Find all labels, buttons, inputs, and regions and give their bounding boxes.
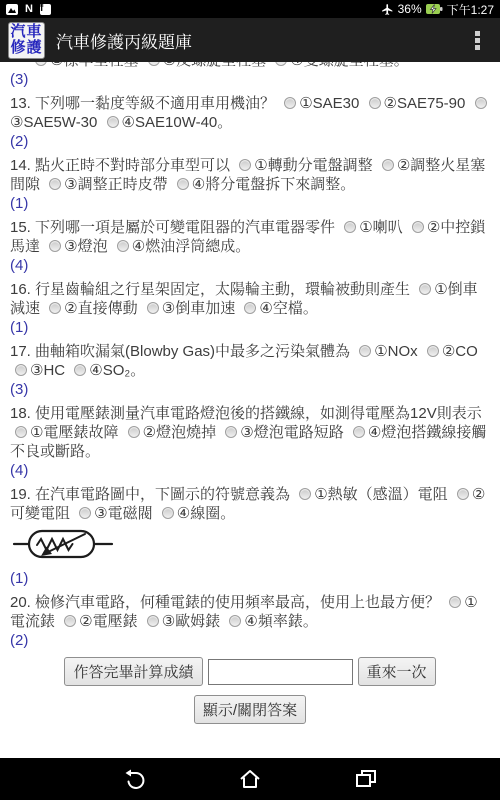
option-label: ①NOx <box>374 343 422 360</box>
score-input[interactable] <box>208 659 353 685</box>
question-text: 16. 行星齒輪組之行星架固定，太陽輪主動，環輪被動則產生 ①倒車減速 ②直接傳… <box>10 280 490 318</box>
question-list: ②標準型柱基 ③反螺旋型柱基 ④雙螺旋型柱基。 (3)13. 下列哪一黏度等級不… <box>10 62 490 650</box>
radio-button[interactable] <box>147 302 159 314</box>
option-label: ④將分電盤拆下來調整。 <box>192 176 355 193</box>
android-screen: N f 36% 下午1:27 汽車 修護 汽車修護丙級題庫 ②標準型柱基 ③反螺… <box>0 0 500 800</box>
answer-text: (2) <box>10 132 490 151</box>
battery-charging-icon <box>426 3 443 15</box>
app-icon-text-line2: 修護 <box>10 40 42 56</box>
question-stem: 16. 行星齒輪組之行星架固定，太陽輪主動，環輪被動則產生 <box>10 281 414 298</box>
option-label: ③電磁閥 <box>94 505 157 522</box>
question-block: 14. 點火正時不對時部分車型可以 ①轉動分電盤調整 ②調整火星塞間隙 ③調整正… <box>10 156 490 213</box>
question-stem: 18. 使用電壓錶測量汽車電路燈泡後的搭鐵線，如測得電壓為12V則表示 <box>10 405 482 422</box>
radio-button[interactable] <box>239 159 251 171</box>
radio-button[interactable] <box>64 615 76 627</box>
option-label: ③調整正時皮帶 <box>64 176 172 193</box>
option-label: ①電壓錶故障 <box>30 424 123 441</box>
radio-button[interactable] <box>147 615 159 627</box>
question-text: ②標準型柱基 ③反螺旋型柱基 ④雙螺旋型柱基。 <box>10 62 490 70</box>
radio-button[interactable] <box>117 240 129 252</box>
radio-button[interactable] <box>162 507 174 519</box>
option-label: ②SAE75-90 <box>384 95 470 112</box>
option-label: ④雙螺旋型柱基。 <box>290 62 408 69</box>
radio-button[interactable] <box>229 615 241 627</box>
airplane-mode-icon <box>381 3 394 16</box>
clock: 下午1:27 <box>447 1 494 18</box>
radio-button[interactable] <box>74 364 86 376</box>
radio-button[interactable] <box>353 426 365 438</box>
option-label: ②CO <box>442 343 478 360</box>
question-text: 20. 檢修汽車電路，何種電錶的使用頻率最高，使用上也最方便？ ①電流錶 ②電壓… <box>10 593 490 631</box>
radio-button[interactable] <box>177 178 189 190</box>
question-stem: 15. 下列哪一項是屬於可變電阻器的汽車電器零件 <box>10 219 339 236</box>
option-label: ③反螺旋型柱基 <box>163 62 271 69</box>
option-label: ④燃油浮筒總成。 <box>132 238 250 255</box>
radio-button[interactable] <box>225 426 237 438</box>
radio-button[interactable] <box>412 221 424 233</box>
question-block: 16. 行星齒輪組之行星架固定，太陽輪主動，環輪被動則產生 ①倒車減速 ②直接傳… <box>10 280 490 337</box>
app-icon-text-line1: 汽車 <box>10 24 42 40</box>
option-label: ①喇叭 <box>359 219 407 236</box>
answer-text: (1) <box>10 318 490 337</box>
radio-button[interactable] <box>49 302 61 314</box>
option-label: ①熱敏（感溫）電阻 <box>314 486 452 503</box>
status-bar: N f 36% 下午1:27 <box>0 0 500 18</box>
option-label: ②電壓錶 <box>79 613 142 630</box>
radio-button[interactable] <box>359 345 371 357</box>
radio-button[interactable] <box>107 116 119 128</box>
option-label: ②標準型柱基 <box>50 62 143 69</box>
answer-text: (1) <box>10 569 490 588</box>
option-label: ③HC <box>30 362 69 379</box>
answer-text: (3) <box>10 70 490 89</box>
thermistor-symbol-image <box>12 525 490 568</box>
answer-text: (4) <box>10 256 490 275</box>
home-icon[interactable] <box>228 761 272 797</box>
calc-score-button[interactable]: 作答完畢計算成績 <box>64 657 202 686</box>
option-label: ①SAE30 <box>299 95 363 112</box>
radio-button[interactable] <box>79 507 91 519</box>
question-stem: 17. 曲軸箱吹漏氣(Blowby Gas)中最多之污染氣體為 <box>10 343 354 360</box>
back-icon[interactable] <box>112 761 156 797</box>
quiz-content: ②標準型柱基 ③反螺旋型柱基 ④雙螺旋型柱基。 (3)13. 下列哪一黏度等級不… <box>0 62 500 758</box>
radio-button[interactable] <box>128 426 140 438</box>
radio-button[interactable] <box>275 62 287 66</box>
answer-text: (4) <box>10 461 490 480</box>
question-block: 15. 下列哪一項是屬於可變電阻器的汽車電器零件 ①喇叭 ②中控鎖馬達 ③燈泡 … <box>10 218 490 275</box>
radio-button[interactable] <box>475 97 487 109</box>
option-label: ④線圈。 <box>177 505 235 522</box>
question-block: 17. 曲軸箱吹漏氣(Blowby Gas)中最多之污染氣體為 ①NOx ②CO… <box>10 342 490 399</box>
app-title: 汽車修護丙級題庫 <box>56 28 192 53</box>
overflow-menu-icon[interactable] <box>462 18 492 62</box>
answer-text: (3) <box>10 380 490 399</box>
radio-button[interactable] <box>449 596 461 608</box>
retry-button[interactable]: 重來一次 <box>358 657 436 686</box>
recent-apps-icon[interactable] <box>344 761 388 797</box>
radio-button[interactable] <box>382 159 394 171</box>
option-label: ④頻率錶。 <box>244 613 317 630</box>
option-label: ③燈泡 <box>64 238 112 255</box>
option-label: ④SAE10W-40。 <box>122 114 233 131</box>
option-label: ①轉動分電盤調整 <box>254 157 377 174</box>
question-stem: 13. 下列哪一黏度等級不適用車用機油？ <box>10 95 279 112</box>
question-text: 13. 下列哪一黏度等級不適用車用機油？ ①SAE30 ②SAE75-90 ③S… <box>10 94 490 132</box>
radio-button[interactable] <box>284 97 296 109</box>
app-icon: 汽車 修護 <box>8 22 45 59</box>
option-label: ③燈泡電路短路 <box>240 424 348 441</box>
answer-text: (1) <box>10 194 490 213</box>
radio-button[interactable] <box>369 97 381 109</box>
option-label: ④SO₂。 <box>89 362 145 379</box>
radio-button[interactable] <box>148 62 160 66</box>
option-label: ②燈泡燒掉 <box>143 424 221 441</box>
question-text: 18. 使用電壓錶測量汽車電路燈泡後的搭鐵線，如測得電壓為12V則表示 ①電壓錶… <box>10 404 490 461</box>
radio-button[interactable] <box>35 62 47 66</box>
option-label: ③歐姆錶 <box>162 613 225 630</box>
option-label: ②直接傳動 <box>64 300 142 317</box>
facebook-notification-icon: f <box>40 4 51 15</box>
question-stem: 20. 檢修汽車電路，何種電錶的使用頻率最高，使用上也最方便？ <box>10 594 444 611</box>
radio-button[interactable] <box>299 488 311 500</box>
notification-icons: N f <box>6 4 51 15</box>
option-label: ③倒車加速 <box>162 300 240 317</box>
radio-button[interactable] <box>49 178 61 190</box>
question-block: 18. 使用電壓錶測量汽車電路燈泡後的搭鐵線，如測得電壓為12V則表示 ①電壓錶… <box>10 404 490 480</box>
app-bar: 汽車 修護 汽車修護丙級題庫 <box>0 18 500 62</box>
option-label: ③SAE5W-30 <box>10 114 102 131</box>
question-block: ②標準型柱基 ③反螺旋型柱基 ④雙螺旋型柱基。 (3) <box>10 62 490 89</box>
question-text: 19. 在汽車電路圖中，下圖示的符號意義為 ①熱敏（感溫）電阻 ②可變電阻 ③電… <box>10 485 490 523</box>
option-label: ④空檔。 <box>259 300 317 317</box>
gallery-icon <box>6 4 18 15</box>
question-block: 13. 下列哪一黏度等級不適用車用機油？ ①SAE30 ②SAE75-90 ③S… <box>10 94 490 151</box>
question-stem: 14. 點火正時不對時部分車型可以 <box>10 157 234 174</box>
n-notification-icon: N <box>25 4 33 15</box>
answer-text: (2) <box>10 631 490 650</box>
radio-button[interactable] <box>49 240 61 252</box>
radio-button[interactable] <box>244 302 256 314</box>
radio-button[interactable] <box>457 488 469 500</box>
radio-button[interactable] <box>419 283 431 295</box>
radio-button[interactable] <box>15 364 27 376</box>
radio-button[interactable] <box>427 345 439 357</box>
score-controls: 作答完畢計算成績 重來一次 <box>10 657 490 686</box>
battery-percent: 36% <box>398 2 422 16</box>
question-block: 19. 在汽車電路圖中，下圖示的符號意義為 ①熱敏（感溫）電阻 ②可變電阻 ③電… <box>10 485 490 588</box>
question-stem: 19. 在汽車電路圖中，下圖示的符號意義為 <box>10 486 294 503</box>
toggle-answer-button[interactable]: 顯示/關閉答案 <box>194 695 306 724</box>
radio-button[interactable] <box>344 221 356 233</box>
question-text: 14. 點火正時不對時部分車型可以 ①轉動分電盤調整 ②調整火星塞間隙 ③調整正… <box>10 156 490 194</box>
question-block: 20. 檢修汽車電路，何種電錶的使用頻率最高，使用上也最方便？ ①電流錶 ②電壓… <box>10 593 490 650</box>
question-text: 15. 下列哪一項是屬於可變電阻器的汽車電器零件 ①喇叭 ②中控鎖馬達 ③燈泡 … <box>10 218 490 256</box>
navigation-bar <box>0 758 500 800</box>
question-text: 17. 曲軸箱吹漏氣(Blowby Gas)中最多之污染氣體為 ①NOx ②CO… <box>10 342 490 380</box>
radio-button[interactable] <box>15 426 27 438</box>
